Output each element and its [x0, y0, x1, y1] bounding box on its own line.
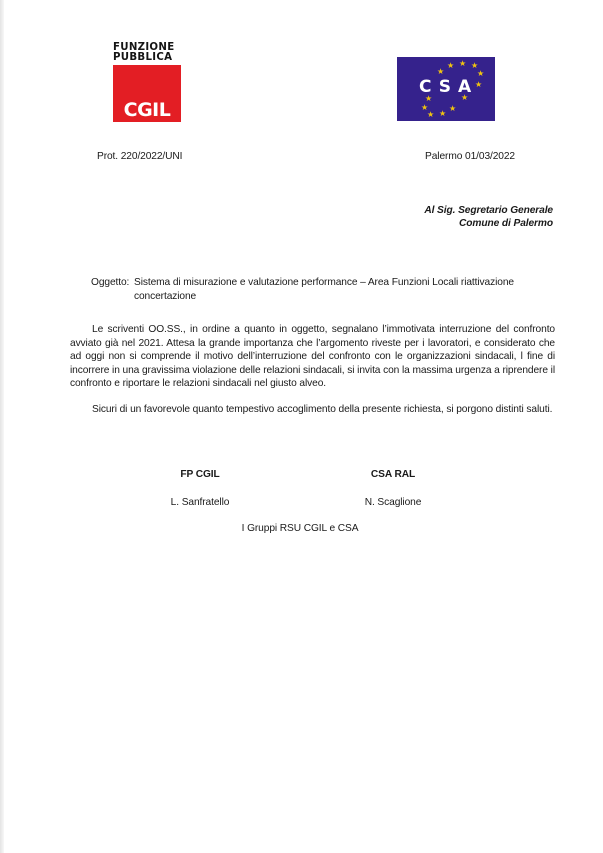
body-paragraph-1: Le scriventi OO.SS., in ordine a quanto …: [70, 323, 555, 391]
subject-line2: concertazione: [134, 290, 196, 304]
recipient-line1: Al Sig. Segretario Generale: [330, 204, 553, 218]
star-icon: ★: [439, 110, 446, 118]
star-icon: ★: [427, 111, 434, 119]
signature-right-name: N. Scaglione: [343, 496, 443, 510]
protocol-number: Prot. 220/2022/UNI: [97, 150, 182, 164]
subject-label: Oggetto:: [91, 276, 129, 290]
recipient-line2: Comune di Palermo: [330, 217, 553, 231]
signature-left-org: FP CGIL: [150, 468, 250, 482]
csa-logo: CSA ★ ★ ★ ★ ★ ★ ★ ★ ★ ★ ★ ★: [397, 57, 495, 121]
star-icon: ★: [425, 95, 432, 103]
cgil-logo-word: CGIL: [113, 99, 181, 121]
cgil-logo-line2: PUBBLICA: [113, 53, 181, 63]
body-paragraph-2: Sicuri di un favorevole quanto tempestiv…: [70, 403, 555, 417]
place-date: Palermo 01/03/2022: [380, 150, 515, 164]
star-icon: ★: [475, 81, 482, 89]
page-edge-shadow: [0, 0, 4, 853]
subject-line1: Sistema di misurazione e valutazione per…: [134, 276, 554, 290]
star-icon: ★: [437, 68, 444, 76]
star-icon: ★: [459, 60, 466, 68]
star-icon: ★: [461, 94, 468, 102]
fp-cgil-logo: FUNZIONE PUBBLICA CGIL: [113, 43, 181, 122]
star-icon: ★: [477, 70, 484, 78]
cgil-logo-red-box: CGIL: [113, 65, 181, 122]
star-icon: ★: [447, 62, 454, 70]
star-icon: ★: [449, 105, 456, 113]
signature-footer: I Gruppi RSU CGIL e CSA: [200, 522, 400, 536]
signature-left-name: L. Sanfratello: [150, 496, 250, 510]
signature-right-org: CSA RAL: [343, 468, 443, 482]
